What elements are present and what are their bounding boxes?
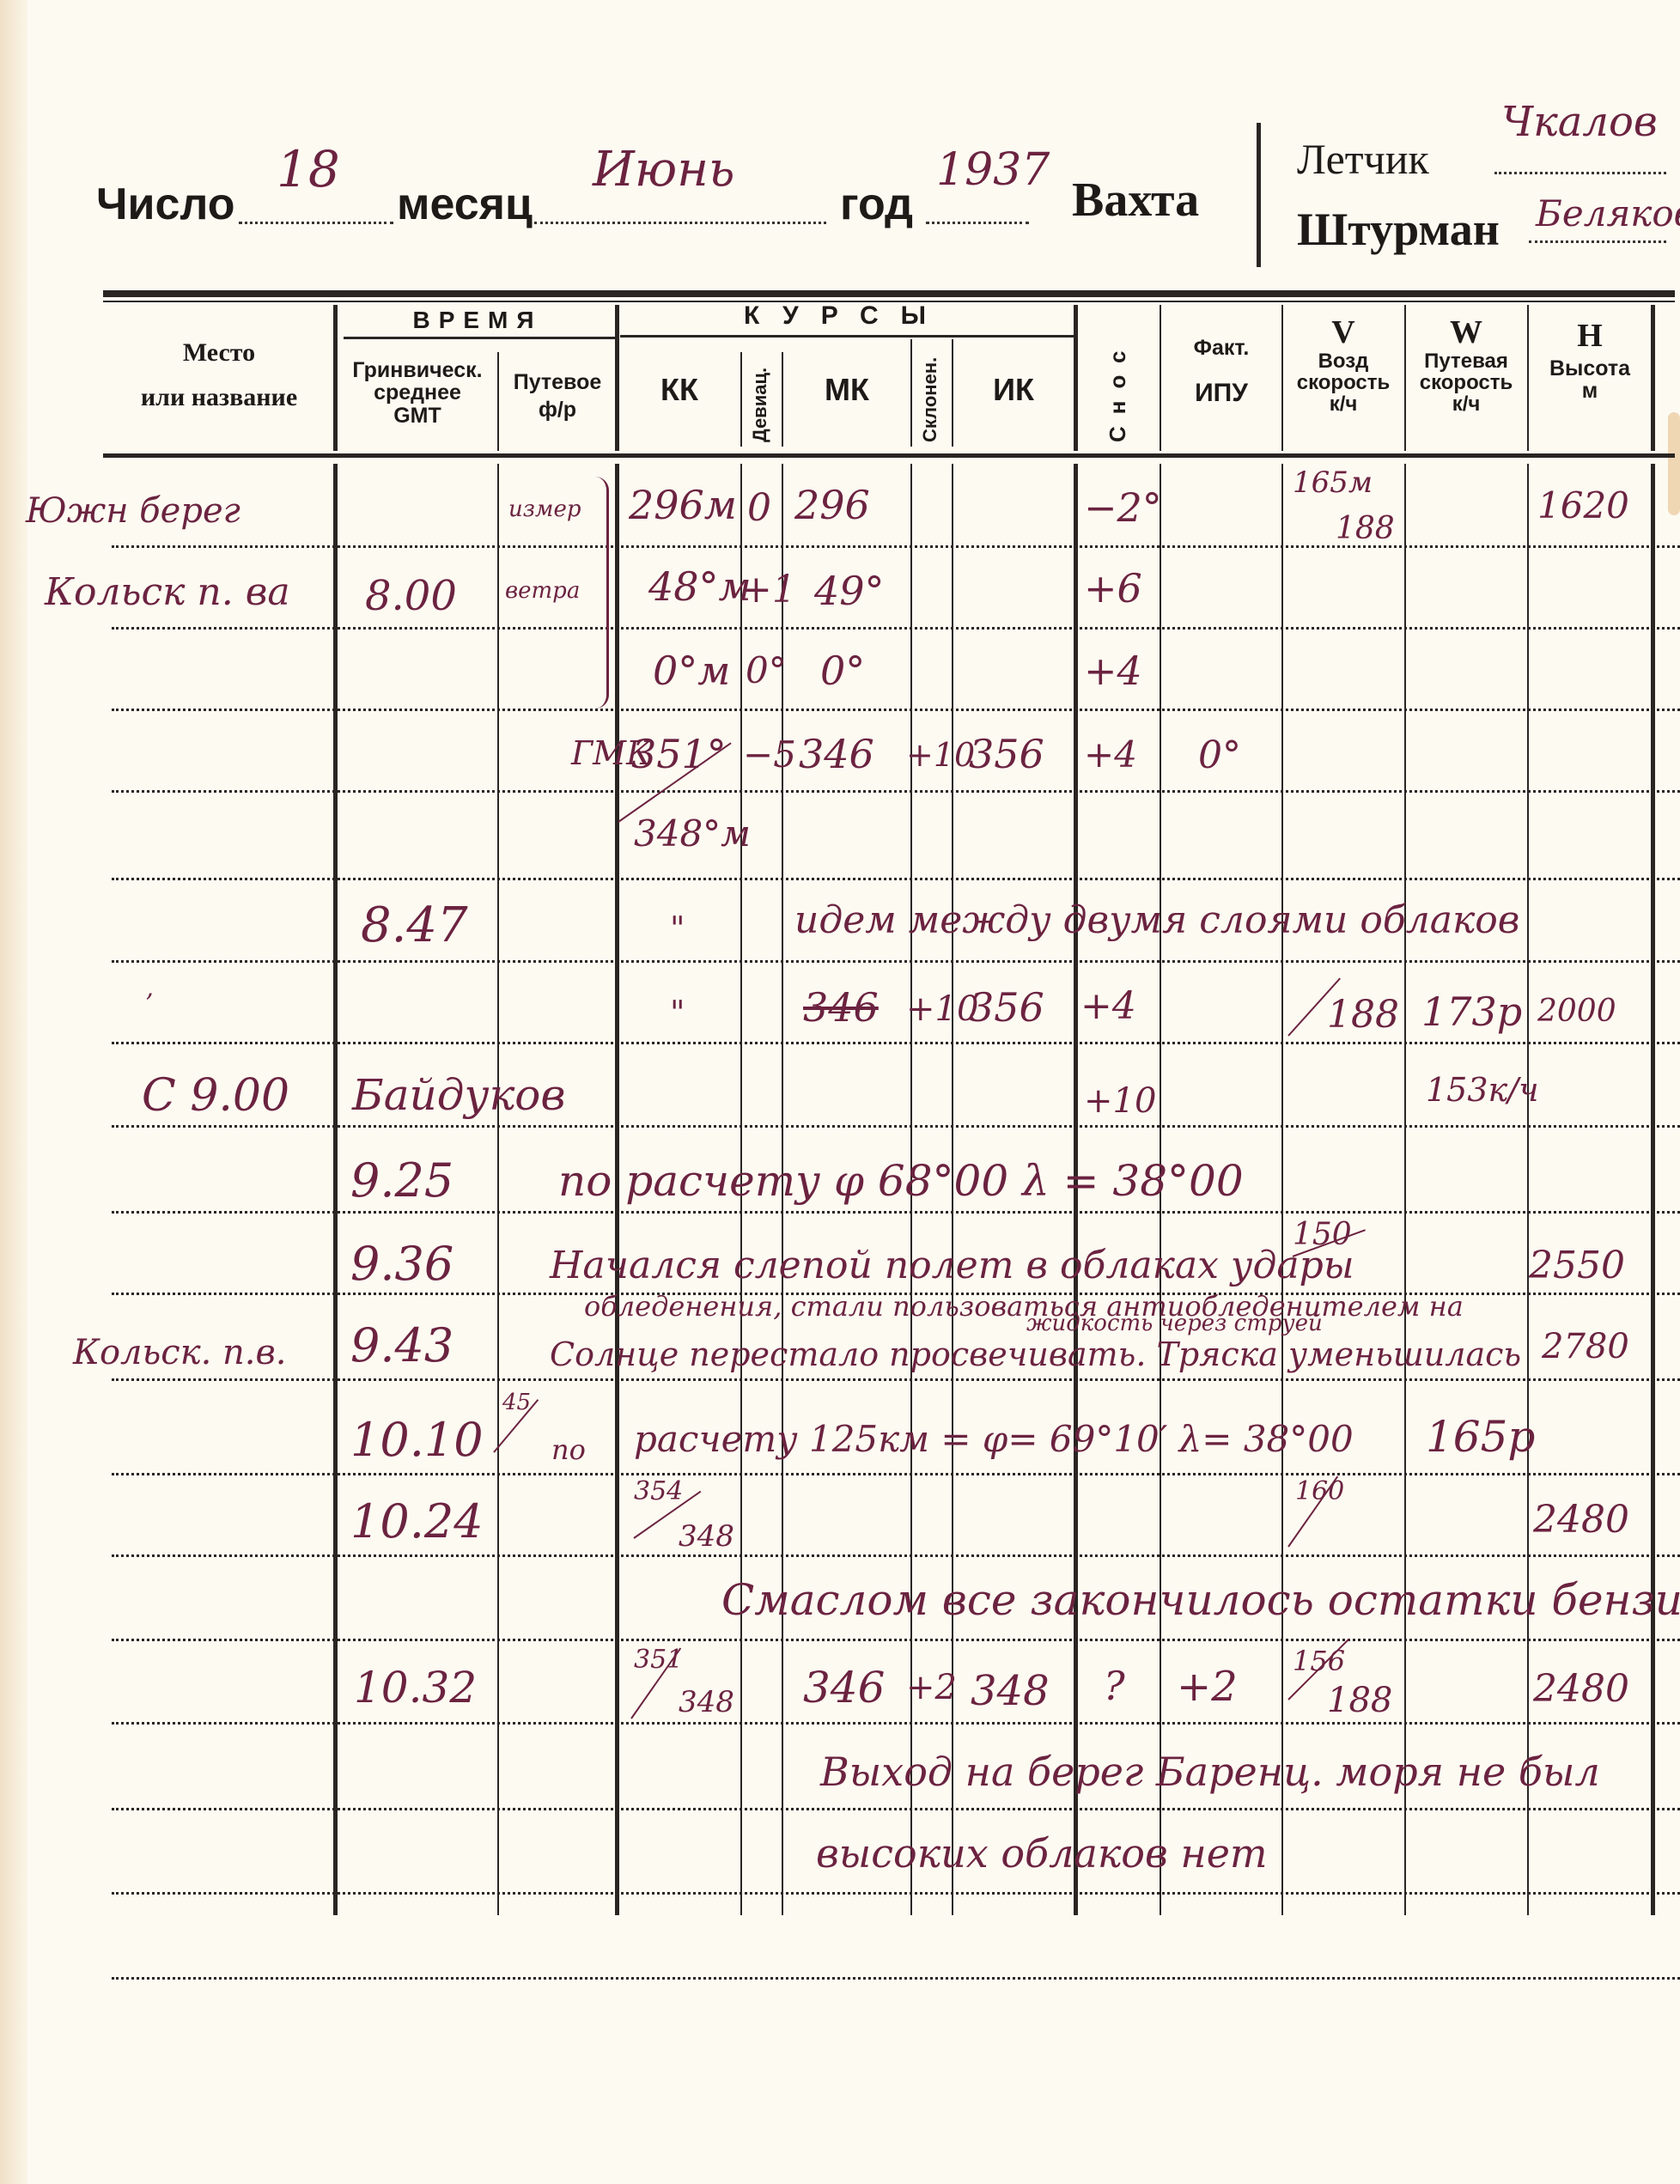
col-route-time-line1: Путевое xyxy=(500,371,615,393)
cell-place: Южн берег xyxy=(26,494,240,528)
col-place-line2: или название xyxy=(103,384,335,411)
cell-altitude: 1620 xyxy=(1537,488,1629,524)
cell-note: расчету 125км = φ= 69°10′ λ= 38°00 xyxy=(634,1421,1354,1457)
row-rule xyxy=(112,1808,1680,1810)
cell-gmt: 8.00 xyxy=(365,575,457,617)
watch-label: Вахта xyxy=(1072,176,1199,224)
row-rule xyxy=(112,1554,1680,1557)
col-mk-header: МК xyxy=(783,374,910,406)
cell-place: Кольск. п.в. xyxy=(73,1335,286,1370)
cell-drift: +6 xyxy=(1084,569,1142,608)
cell-gmt: 9.25 xyxy=(350,1158,453,1204)
cell-note: Начался слепой полет в облаках удары xyxy=(550,1247,1354,1285)
row-rule xyxy=(112,1042,1680,1044)
cell-gmt: 10.24 xyxy=(350,1499,484,1545)
cell-ik: 348 xyxy=(971,1670,1050,1712)
col-h-header: H Высота м xyxy=(1529,319,1651,402)
header-divider xyxy=(1257,123,1261,267)
cell-w: 153к/ч xyxy=(1426,1074,1539,1106)
cell-kk-bottom: 348 xyxy=(679,1688,734,1717)
page-stain xyxy=(1668,412,1680,515)
cell-gmt-note: Байдуков xyxy=(352,1074,566,1116)
row-rule xyxy=(112,545,1680,548)
month-field-line xyxy=(534,222,826,224)
cell-route-time: по xyxy=(551,1436,586,1463)
cell-gmt: 9.43 xyxy=(350,1323,453,1369)
cell-deviation: 0 xyxy=(747,490,771,527)
col-gmt-line1: Гринвическ. xyxy=(337,359,498,381)
grid-col-line xyxy=(1527,464,1529,1915)
col-w-line4: к/ч xyxy=(1406,393,1526,415)
cell-drift: +4 xyxy=(1084,651,1142,690)
cell-mk: 296 xyxy=(794,485,870,525)
col-divider xyxy=(497,352,499,451)
cell-v-bottom: 188 xyxy=(1327,1683,1392,1718)
grid-col-line xyxy=(1404,464,1406,1915)
cell-declination: +10 xyxy=(906,992,978,1026)
cell-mk: 346 xyxy=(803,1666,885,1709)
cell-kk-bottom: 348 xyxy=(679,1522,734,1551)
navigator-label: Штурман xyxy=(1297,206,1500,252)
cell-altitude: 2780 xyxy=(1542,1329,1629,1364)
header-bottom-rule xyxy=(103,453,1675,458)
cell-v-top: 165м xyxy=(1293,468,1373,497)
cell-kk: 296м xyxy=(629,485,737,525)
cell-gmt: 8.47 xyxy=(361,902,468,950)
courses-group-header: КУРСЫ xyxy=(618,302,1074,330)
cell-w: 165р xyxy=(1426,1415,1535,1458)
col-v-line3: скорость xyxy=(1283,372,1403,393)
col-gmt-line3: GMT xyxy=(337,405,498,427)
col-ipu-line1: Факт. xyxy=(1161,337,1281,359)
col-ipu-header: Факт. ИПУ xyxy=(1161,337,1281,407)
cell-kk: 0°м xyxy=(653,651,730,690)
cell-route-time: измер xyxy=(508,498,581,520)
navigator-field-line xyxy=(1529,240,1666,243)
stray-mark: ʼ xyxy=(144,992,153,1018)
cell-v: 188 xyxy=(1327,996,1399,1034)
cell-kk: 48°м xyxy=(648,567,752,606)
bracket-mark xyxy=(593,477,609,709)
cell-ik: 356 xyxy=(969,988,1044,1027)
row-rule xyxy=(112,1378,1680,1381)
row-rule xyxy=(112,1125,1680,1128)
col-h-symbol: H xyxy=(1529,319,1651,354)
cell-note: идем между двумя слоями облаков xyxy=(794,902,1519,940)
cell-ipu: +2 xyxy=(1177,1666,1238,1707)
row-rule xyxy=(112,790,1680,793)
row-rule xyxy=(112,627,1680,630)
col-divider xyxy=(1074,305,1078,451)
col-place-line1: Место xyxy=(103,339,335,367)
cell-ipu: 0° xyxy=(1198,737,1241,775)
col-drift-header: Снос xyxy=(1105,331,1131,442)
cell-note-mid: жидкость через струей xyxy=(1026,1312,1323,1335)
table-top-rule xyxy=(103,290,1675,297)
year-field-line xyxy=(926,222,1029,224)
row-rule xyxy=(112,1892,1680,1895)
col-h-line3: м xyxy=(1529,380,1651,402)
col-v-header: V Возд скорость к/ч xyxy=(1283,316,1403,415)
col-route-time-line2: ф/р xyxy=(500,398,615,421)
cell-kk: 348°м xyxy=(634,816,751,852)
year-value: 1937 xyxy=(936,148,1050,192)
col-place-header: Место или название xyxy=(103,339,335,411)
row-rule xyxy=(112,1473,1680,1475)
cell-ik: 356 xyxy=(969,734,1044,774)
cell-place: Кольск п. ва xyxy=(45,574,290,611)
cell-route-time: ветра xyxy=(505,580,580,602)
col-h-line2: Высота xyxy=(1529,357,1651,380)
col-w-line3: скорость xyxy=(1406,372,1526,393)
year-label: год xyxy=(840,182,913,227)
cell-kk-top: 354 xyxy=(634,1479,683,1505)
cell-drift: +4 xyxy=(1080,988,1136,1025)
grid-col-line xyxy=(333,464,338,1915)
col-deviation-header: Девиац. xyxy=(749,348,771,442)
cell-gmt: 9.36 xyxy=(350,1241,453,1287)
cell-note: Выход на берег Баренц. моря не был xyxy=(820,1752,1600,1792)
col-gmt-header: Гринвическ. среднее GMT xyxy=(337,359,498,427)
col-kk-header: КК xyxy=(618,374,740,406)
cell-note: высоких облаков нет xyxy=(816,1834,1268,1873)
date-value: 18 xyxy=(277,144,340,194)
cell-mk: 49° xyxy=(814,571,885,611)
grid-col-line xyxy=(1281,464,1283,1915)
table-right-border xyxy=(1651,305,1655,451)
col-route-time-header: Путевое ф/р xyxy=(500,371,615,422)
col-w-symbol: W xyxy=(1406,316,1526,350)
cell-drift: +4 xyxy=(1084,737,1137,773)
row-rule xyxy=(112,1639,1680,1641)
col-declination-header: Склонен. xyxy=(919,331,941,442)
row-rule xyxy=(112,709,1680,711)
cell-note: по расчету φ 68°00 λ = 38°00 xyxy=(558,1159,1244,1202)
pilot-field-line xyxy=(1494,172,1666,174)
cell-altitude: 2480 xyxy=(1533,1670,1629,1708)
date-field-line xyxy=(239,222,393,224)
col-w-line2: Путевая xyxy=(1406,350,1526,372)
grid-col-line xyxy=(497,464,499,1915)
col-v-line2: Возд xyxy=(1283,350,1403,372)
cell-declination: +10 xyxy=(906,739,975,771)
date-label: Число xyxy=(96,182,235,227)
col-w-header: W Путевая скорость к/ч xyxy=(1406,316,1526,415)
cell-deviation: −5 xyxy=(743,737,796,773)
cell-gmt: 10.32 xyxy=(354,1666,477,1709)
cell-gmt: 10.10 xyxy=(350,1417,484,1463)
row-rule xyxy=(112,1211,1680,1214)
cell-route-time: " xyxy=(670,996,685,1029)
row-rule xyxy=(112,878,1680,880)
col-divider xyxy=(910,339,912,447)
month-label: месяц xyxy=(397,182,533,227)
col-v-symbol: V xyxy=(1283,316,1403,350)
cell-mk: 346 xyxy=(803,988,879,1027)
cell-w: 173р xyxy=(1421,992,1522,1031)
cell-altitude: 2000 xyxy=(1537,996,1616,1027)
time-group-header: ВРЕМЯ xyxy=(337,307,618,332)
row-rule xyxy=(112,1722,1680,1725)
cell-note: Смаслом все закончилось остатки бензина xyxy=(721,1579,1680,1621)
cell-v-bottom: 188 xyxy=(1336,514,1395,544)
cell-drift: −2° xyxy=(1084,488,1162,527)
navigator-signature: Беляков xyxy=(1536,196,1680,232)
cell-deviation: +1 xyxy=(740,571,796,609)
cell-note: Солнце перестало просвечивать. Тряска ум… xyxy=(550,1338,1521,1371)
col-gmt-line2: среднее xyxy=(337,381,498,404)
pilot-signature: Чкалов xyxy=(1501,101,1658,143)
page-edge-shadow xyxy=(0,0,27,2184)
row-rule xyxy=(112,1977,1680,1980)
cell-mk: 0° xyxy=(820,651,865,690)
col-divider xyxy=(740,352,742,447)
cell-drift: +10 xyxy=(1084,1084,1156,1118)
cell-deviation: 0° xyxy=(746,653,787,689)
cell-place: С 9.00 xyxy=(142,1074,289,1118)
cell-note-top: обледенения, стали пользоваться антиобле… xyxy=(584,1293,1464,1320)
col-ik-header: ИК xyxy=(953,374,1074,406)
col-ipu-line2: ИПУ xyxy=(1161,380,1281,407)
table-right-border xyxy=(1651,464,1655,1915)
cell-mk: 346 xyxy=(799,734,874,774)
cell-altitude: 2550 xyxy=(1529,1247,1625,1285)
time-group-underline xyxy=(344,337,617,339)
cell-drift: ? xyxy=(1104,1666,1125,1706)
month-value: Июнь xyxy=(593,146,735,194)
cell-kk-top: 351 xyxy=(634,1647,683,1673)
col-v-line4: к/ч xyxy=(1283,393,1403,415)
row-rule xyxy=(112,960,1680,963)
cell-altitude: 2480 xyxy=(1533,1501,1629,1539)
courses-group-underline xyxy=(620,335,1074,338)
cell-route-time: " xyxy=(670,912,685,945)
cell-declination: +2 xyxy=(906,1670,957,1705)
pilot-label: Летчик xyxy=(1297,137,1429,180)
